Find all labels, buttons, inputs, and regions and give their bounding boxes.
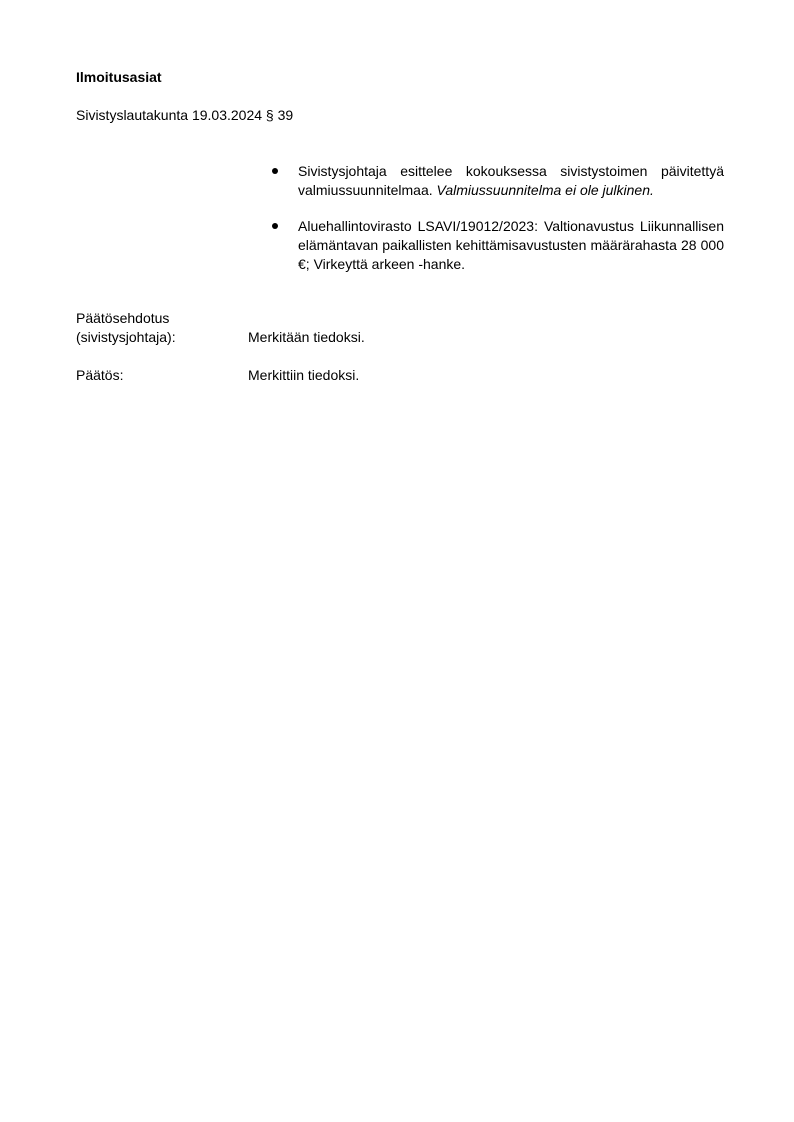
decision-label: Päätös: [76, 367, 123, 383]
proposal-value: Merkitään tiedoksi. [248, 329, 365, 345]
proposal-label: Päätösehdotus [76, 310, 169, 326]
list-item-text: Aluehallintovirasto LSAVI/19012/2023: Va… [298, 218, 724, 272]
list-item: Sivistysjohtaja esittelee kokouksessa si… [262, 162, 724, 200]
bullet-icon [272, 223, 278, 229]
list-item: Aluehallintovirasto LSAVI/19012/2023: Va… [262, 217, 724, 274]
decision-value: Merkittiin tiedoksi. [248, 367, 359, 383]
proposal-label-author: (sivistysjohtaja): [76, 329, 176, 345]
notice-list: Sivistysjohtaja esittelee kokouksessa si… [262, 162, 724, 274]
section-title: Ilmoitusasiat [76, 69, 162, 85]
bullet-icon [272, 168, 278, 174]
meeting-reference: Sivistyslautakunta 19.03.2024 § 39 [76, 107, 293, 123]
list-item-note: Valmiussuunnitelma ei ole julkinen. [437, 182, 654, 198]
